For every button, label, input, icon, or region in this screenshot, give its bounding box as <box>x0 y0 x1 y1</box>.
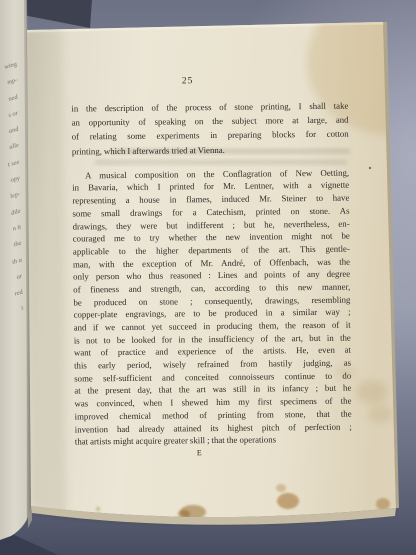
signature-mark: E <box>61 447 338 459</box>
paragraph-1: in the description of the process of sto… <box>71 99 349 159</box>
text-line: of relating some experiments in preparin… <box>72 127 349 144</box>
book-photo-scene: wing mp- ned s or and ulle t see opy lep… <box>0 0 416 555</box>
page-number: 25 <box>49 75 326 88</box>
book-page: 25 in the description of the process of … <box>23 20 400 524</box>
text-block: in the description of the process of sto… <box>71 99 352 459</box>
text-line: printing, which I afterwards tried at Vi… <box>72 141 349 158</box>
paragraph-2: A musical composition on the Conflagrati… <box>72 166 352 448</box>
